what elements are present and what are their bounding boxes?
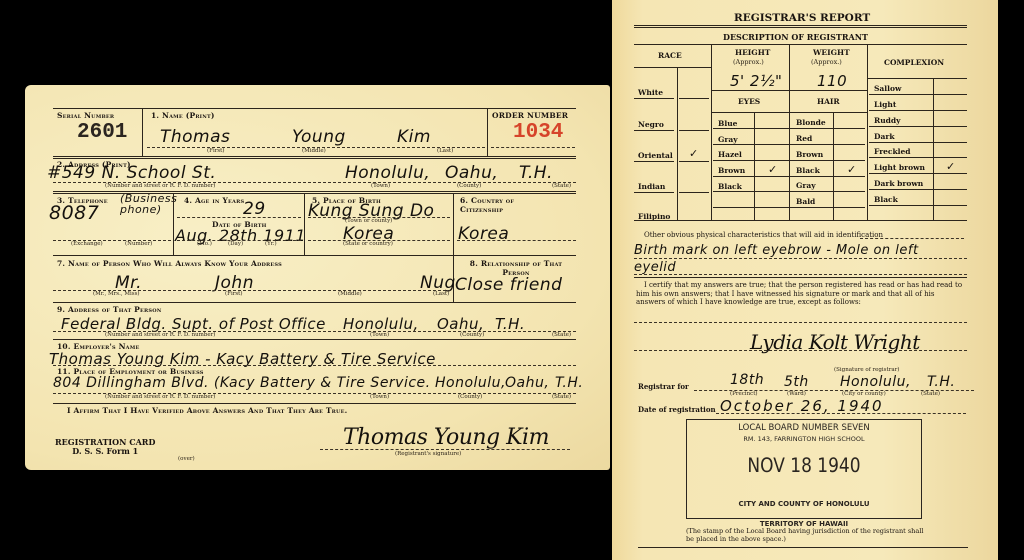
employment-place-county: Oahu, [505,375,549,391]
eyes-hair-rule [711,112,867,113]
employment-place-state: T.H. [555,375,583,391]
registrar-for-label: Registrar for [638,383,689,392]
registration-card-front: Serial Number 2601 1. Name (Print) Thoma… [25,85,610,470]
form-title-block: REGISTRATION CARD D. S. S. Form 1 [55,438,155,456]
name-first: Thomas [160,127,230,147]
race-header-rule [634,67,711,68]
row-rule [869,126,967,127]
number-sublabel: (Number) [125,241,152,247]
telephone-number: 8087 [49,202,99,224]
bottom-rule [638,547,968,548]
eyes-hazel: Hazel [718,150,742,159]
complexion-dark: Dark [874,132,895,141]
row-rule [679,98,709,99]
employment-street-sublabel: (Number and street or R. F. D. number) [105,394,215,400]
complexion-freckled: Freckled [874,147,911,156]
citizenship-line [457,240,576,241]
row-rule [634,161,674,162]
age-label: 4. Age in Years [184,196,244,205]
row-rule [713,191,865,192]
title-rule [634,25,967,28]
hair-black-check-icon: ✓ [847,163,856,176]
row-rule [869,110,967,111]
dob-mo-sublabel: (Mo.) [197,241,212,247]
row-rule [869,94,967,95]
complexion-sallow: Sallow [874,84,901,93]
complexion-ruddy: Ruddy [874,116,901,125]
row-rule [869,157,967,158]
registrar-signature: Lydia Kolt Wright [750,330,920,354]
eyes-blue: Blue [718,119,737,128]
complexion-header: COMPLEXION [884,58,944,67]
dotted-line [716,413,966,414]
divider [867,44,868,220]
name-middle-sublabel: (Middle) [302,148,326,154]
other-characteristics-label: Other obvious physical characteristics t… [644,231,883,240]
hair-gray: Gray [796,181,816,190]
section-rule [53,302,576,303]
contact-address-state-sublabel: (State) [552,332,571,338]
name-label: 1. Name (Print) [151,111,215,120]
dotted-line [634,274,967,275]
address-state: T.H. [519,163,553,183]
stamp-date: NOV 18 1940 [687,455,921,478]
registrant-signature: Thomas Young Kim [343,425,549,450]
name-last-sublabel: (Last) [437,148,453,154]
complexion-black: Black [874,195,898,204]
exchange-sublabel: (Exchange) [71,241,103,247]
table-bottom-rule [634,220,967,221]
order-line [491,147,575,148]
eyes-brown-check-icon: ✓ [768,163,777,176]
address-street: #549 N. School St. [47,163,216,183]
complexion-light-brown-check-icon: ✓ [946,160,955,173]
address-county-sublabel: (County) [457,183,481,189]
address-street-sublabel: (Number and street or R. F. D. number) [105,183,215,189]
order-number-label: ORDER NUMBER [492,111,568,120]
top-rule [53,108,576,109]
order-number: 1034 [513,121,563,144]
row-rule [869,205,967,206]
divider [487,108,488,157]
registrar-signature-label: (Signature of registrar) [834,367,899,373]
divider [677,68,678,220]
contact-address-county-sublabel: (County) [460,332,484,338]
height-header: HEIGHT [735,48,770,57]
signature-line [320,449,570,450]
row-rule [869,173,967,174]
registrars-report: REGISTRAR'S REPORT DESCRIPTION OF REGIST… [612,0,998,560]
address-town-sublabel: (Town) [371,183,390,189]
other-characteristics-line2: eyelid [634,260,676,275]
registrar-city: Honolulu, [840,374,911,390]
certification-text: I certify that my answers are true; that… [636,281,966,307]
divider [304,193,305,255]
citizenship-value: Korea [458,224,509,244]
hair-bald: Bald [796,197,815,206]
name-middle: Young [292,127,346,147]
contact-middle-sublabel: (Middle) [338,291,362,297]
row-rule [679,192,709,193]
row-rule [634,192,674,193]
contact-label: 7. Name of Person Who Will Always Know Y… [57,259,282,268]
row-rule [679,161,709,162]
dob-day-sublabel: (Day) [228,241,243,247]
dotted-line [634,322,967,323]
form-number: D. S. S. Form 1 [55,447,155,456]
section-rule [53,403,576,404]
weight-value: 110 [817,72,847,90]
date-label: Date of registration [638,406,716,415]
registrar-ward: 5th [784,374,809,390]
affirmation-text: I Affirm That I Have Verified Above Answ… [67,406,347,415]
stamp-line2: RM. 143, FARRINGTON HIGH SCHOOL [687,435,921,443]
complexion-light-brown: Light brown [874,163,925,172]
hair-black: Black [796,166,820,175]
row-rule [713,144,865,145]
citizenship-label: 6. Country of Citizenship [460,196,550,214]
row-rule [713,207,865,208]
race-indian: Indian [638,182,665,191]
row-rule [869,189,967,190]
report-title: REGISTRAR'S REPORT [734,12,870,24]
address-town: Honolulu, [345,163,430,183]
eyes-brown: Brown [718,166,745,175]
registrar-state: T.H. [927,374,955,390]
name-last: Kim [397,127,431,147]
employment-place-street: 804 Dillingham Blvd. (Kacy Battery & Tir… [53,375,431,391]
section-rule [634,277,967,278]
stamp-line1: LOCAL BOARD NUMBER SEVEN [687,423,921,433]
dob-yr-sublabel: (Yr.) [265,241,277,247]
telephone-note: (Business phone) [120,193,165,215]
divider [711,44,712,220]
divider [789,44,790,220]
employment-state-sublabel: (State) [552,394,571,400]
section-rule [53,339,576,340]
row-rule [634,130,674,131]
birthplace-country-sublabel: (State or country) [343,241,393,247]
row-rule [634,98,674,99]
employer-line [53,365,576,366]
hair-brown: Brown [796,150,823,159]
name-first-sublabel: (First) [207,148,225,154]
race-negro: Negro [638,120,664,129]
state-sublabel: (State) [921,391,940,397]
signature-label: (Registrant's signature) [395,451,461,457]
weight-header: WEIGHT [813,48,850,57]
other-characteristics-line1: Birth mark on left eyebrow - Mole on lef… [634,243,919,258]
section-rule [53,156,576,159]
complexion-dark-brown: Dark brown [874,179,923,188]
height-weight-rule [711,90,867,91]
race-header: RACE [658,51,682,60]
address-state-sublabel: (State) [552,183,571,189]
contact-address-town-sublabel: (Town) [370,332,389,338]
age-value: 29 [243,199,266,219]
section-rule [53,255,576,256]
row-rule [713,160,865,161]
race-oriental-check-icon: ✓ [689,147,698,160]
contact-address-label: 9. Address of That Person [57,305,162,314]
contact-last-sublabel: (Last) [433,291,449,297]
employment-town-sublabel: (Town) [370,394,389,400]
section-rule [634,44,967,45]
complexion-light: Light [874,100,896,109]
employment-county-sublabel: (County) [458,394,482,400]
local-board-stamp: LOCAL BOARD NUMBER SEVEN RM. 143, FARRIN… [686,419,922,519]
row-rule [679,130,709,131]
contact-address-street-sublabel: (Number and street or R. F. D. number) [105,332,215,338]
serial-number-label: Serial Number [57,111,114,120]
registrar-precinct: 18th [730,372,764,388]
hair-red: Red [796,134,812,143]
divider [933,78,934,220]
row-rule [713,176,865,177]
hair-blonde: Blonde [796,118,826,127]
age-line [177,217,301,218]
stamp-note: (The stamp of the Local Board having jur… [686,528,931,543]
row-rule [869,142,967,143]
height-note: (Approx.) [733,58,764,66]
contact-title-sublabel: (Mr., Mrs., Miss) [93,291,140,297]
contact-first-sublabel: (First) [225,291,243,297]
citizenship-label-text: 6. Country of Citizenship [460,196,550,214]
height-value: 5' 2½" [730,72,782,90]
serial-number: 2601 [77,121,127,144]
hair-header: HAIR [817,97,840,106]
stamp-line3: CITY AND COUNTY OF HONOLULU [687,500,921,508]
complexion-header-rule [867,78,967,79]
divider [142,108,143,157]
eyes-gray: Gray [718,135,738,144]
over-note: (over) [178,456,195,462]
race-oriental: Oriental [638,151,673,160]
dotted-line [634,258,967,259]
relationship-value: Close friend [455,275,562,295]
section-title: DESCRIPTION OF REGISTRANT [723,32,868,42]
weight-note: (Approx.) [811,58,842,66]
eyes-header: EYES [738,97,760,106]
eyes-black: Black [718,182,742,191]
employment-place-town: Honolulu, [435,375,506,391]
row-rule [713,128,865,129]
divider [173,193,174,255]
race-white: White [638,88,663,97]
address-county: Oahu, [445,163,498,183]
dotted-line [860,238,964,239]
